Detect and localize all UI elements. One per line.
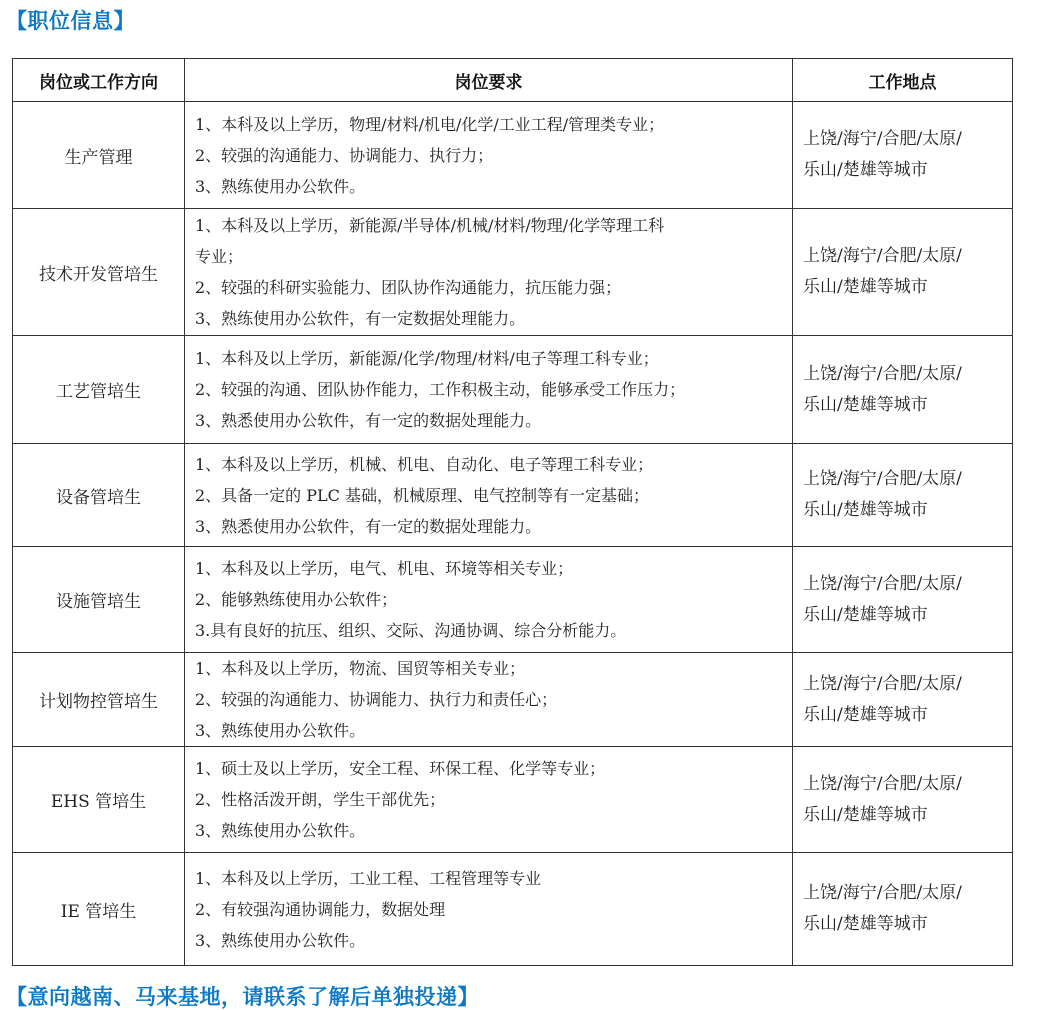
requirement-line: 3、熟练使用办公软件，有一定数据处理能力。 [195,303,784,334]
requirement-line: 专业； [195,241,784,272]
position-cell: EHS 管培生 [13,747,185,853]
location-line: 上饶/海宁/合肥/太原/ [803,241,1006,272]
job-table: 岗位或工作方向 岗位要求 工作地点 生产管理 1、本科及以上学历，物理/材料/机… [12,58,1013,966]
requirement-line: 1、本科及以上学历，工业工程、工程管理等专业 [195,863,784,894]
requirement-line: 1、本科及以上学历，新能源/半导体/机械/材料/物理/化学等理工科 [195,210,784,241]
requirements-cell: 1、本科及以上学历，新能源/化学/物理/材料/电子等理工科专业； 2、较强的沟通… [185,336,793,444]
table-row: IE 管培生 1、本科及以上学历，工业工程、工程管理等专业 2、有较强沟通协调能… [13,853,1013,966]
requirement-line: 1、本科及以上学历，新能源/化学/物理/材料/电子等理工科专业； [195,343,784,374]
requirement-line: 1、本科及以上学历，机械、机电、自动化、电子等理工科专业； [195,449,784,480]
position-cell: 设备管培生 [13,444,185,547]
table-row: 设备管培生 1、本科及以上学历，机械、机电、自动化、电子等理工科专业； 2、具备… [13,444,1013,547]
requirement-line: 3.具有良好的抗压、组织、交际、沟通协调、综合分析能力。 [195,615,784,646]
requirement-line: 3、熟练使用办公软件。 [195,815,784,846]
location-cell: 上饶/海宁/合肥/太原/ 乐山/楚雄等城市 [793,336,1013,444]
table-row: 设施管培生 1、本科及以上学历，电气、机电、环境等相关专业； 2、能够熟练使用办… [13,547,1013,653]
location-cell: 上饶/海宁/合肥/太原/ 乐山/楚雄等城市 [793,444,1013,547]
footer-note: 【意向越南、马来基地，请联系了解后单独投递】 [6,981,479,1010]
requirement-line: 1、本科及以上学历，物理/材料/机电/化学/工业工程/管理类专业； [195,109,784,140]
location-line: 乐山/楚雄等城市 [803,909,1006,940]
location-line: 上饶/海宁/合肥/太原/ [803,669,1006,700]
requirements-cell: 1、本科及以上学历，电气、机电、环境等相关专业； 2、能够熟练使用办公软件； 3… [185,547,793,653]
requirement-line: 1、本科及以上学历，电气、机电、环境等相关专业； [195,553,784,584]
location-line: 乐山/楚雄等城市 [803,700,1006,731]
table-row: EHS 管培生 1、硕士及以上学历，安全工程、环保工程、化学等专业； 2、性格活… [13,747,1013,853]
requirement-line: 2、有较强沟通协调能力，数据处理 [195,894,784,925]
requirement-line: 2、较强的科研实验能力、团队协作沟通能力，抗压能力强； [195,272,784,303]
requirement-line: 2、较强的沟通、团队协作能力，工作积极主动，能够承受工作压力； [195,374,784,405]
location-line: 上饶/海宁/合肥/太原/ [803,769,1006,800]
requirements-cell: 1、本科及以上学历，物理/材料/机电/化学/工业工程/管理类专业； 2、较强的沟… [185,102,793,209]
requirements-cell: 1、本科及以上学历，物流、国贸等相关专业； 2、较强的沟通能力、协调能力、执行力… [185,653,793,747]
location-line: 乐山/楚雄等城市 [803,495,1006,526]
requirements-cell: 1、本科及以上学历，新能源/半导体/机械/材料/物理/化学等理工科 专业； 2、… [185,209,793,336]
location-line: 乐山/楚雄等城市 [803,600,1006,631]
requirements-cell: 1、本科及以上学历，机械、机电、自动化、电子等理工科专业； 2、具备一定的 PL… [185,444,793,547]
location-line: 上饶/海宁/合肥/太原/ [803,569,1006,600]
location-line: 上饶/海宁/合肥/太原/ [803,878,1006,909]
requirement-line: 3、熟练使用办公软件。 [195,171,784,202]
requirement-line: 3、熟悉使用办公软件，有一定的数据处理能力。 [195,405,784,436]
location-cell: 上饶/海宁/合肥/太原/ 乐山/楚雄等城市 [793,653,1013,747]
location-line: 上饶/海宁/合肥/太原/ [803,464,1006,495]
column-header-location: 工作地点 [793,59,1013,102]
position-cell: 设施管培生 [13,547,185,653]
table-row: 计划物控管培生 1、本科及以上学历，物流、国贸等相关专业； 2、较强的沟通能力、… [13,653,1013,747]
requirement-line: 1、本科及以上学历，物流、国贸等相关专业； [195,653,784,684]
position-cell: 生产管理 [13,102,185,209]
requirement-line: 2、具备一定的 PLC 基础，机械原理、电气控制等有一定基础； [195,480,784,511]
table-header-row: 岗位或工作方向 岗位要求 工作地点 [13,59,1013,102]
location-line: 乐山/楚雄等城市 [803,390,1006,421]
position-cell: 技术开发管培生 [13,209,185,336]
location-cell: 上饶/海宁/合肥/太原/ 乐山/楚雄等城市 [793,547,1013,653]
requirement-line: 2、较强的沟通能力、协调能力、执行力； [195,140,784,171]
requirement-line: 3、熟悉使用办公软件，有一定的数据处理能力。 [195,511,784,542]
requirement-line: 2、能够熟练使用办公软件； [195,584,784,615]
requirement-line: 3、熟练使用办公软件。 [195,925,784,956]
column-header-requirements: 岗位要求 [185,59,793,102]
location-cell: 上饶/海宁/合肥/太原/ 乐山/楚雄等城市 [793,747,1013,853]
position-cell: 计划物控管培生 [13,653,185,747]
location-cell: 上饶/海宁/合肥/太原/ 乐山/楚雄等城市 [793,209,1013,336]
requirement-line: 1、硕士及以上学历，安全工程、环保工程、化学等专业； [195,753,784,784]
location-line: 乐山/楚雄等城市 [803,272,1006,303]
position-cell: IE 管培生 [13,853,185,966]
requirement-line: 3、熟练使用办公软件。 [195,715,784,746]
location-line: 上饶/海宁/合肥/太原/ [803,124,1006,155]
location-line: 乐山/楚雄等城市 [803,155,1006,186]
location-line: 上饶/海宁/合肥/太原/ [803,359,1006,390]
location-line: 乐山/楚雄等城市 [803,800,1006,831]
column-header-position: 岗位或工作方向 [13,59,185,102]
requirement-line: 2、性格活泼开朗，学生干部优先； [195,784,784,815]
location-cell: 上饶/海宁/合肥/太原/ 乐山/楚雄等城市 [793,853,1013,966]
table-row: 生产管理 1、本科及以上学历，物理/材料/机电/化学/工业工程/管理类专业； 2… [13,102,1013,209]
position-cell: 工艺管培生 [13,336,185,444]
section-title: 【职位信息】 [6,5,135,35]
location-cell: 上饶/海宁/合肥/太原/ 乐山/楚雄等城市 [793,102,1013,209]
requirement-line: 2、较强的沟通能力、协调能力、执行力和责任心； [195,684,784,715]
table-row: 技术开发管培生 1、本科及以上学历，新能源/半导体/机械/材料/物理/化学等理工… [13,209,1013,336]
requirements-cell: 1、硕士及以上学历，安全工程、环保工程、化学等专业； 2、性格活泼开朗，学生干部… [185,747,793,853]
table-row: 工艺管培生 1、本科及以上学历，新能源/化学/物理/材料/电子等理工科专业； 2… [13,336,1013,444]
requirements-cell: 1、本科及以上学历，工业工程、工程管理等专业 2、有较强沟通协调能力，数据处理 … [185,853,793,966]
